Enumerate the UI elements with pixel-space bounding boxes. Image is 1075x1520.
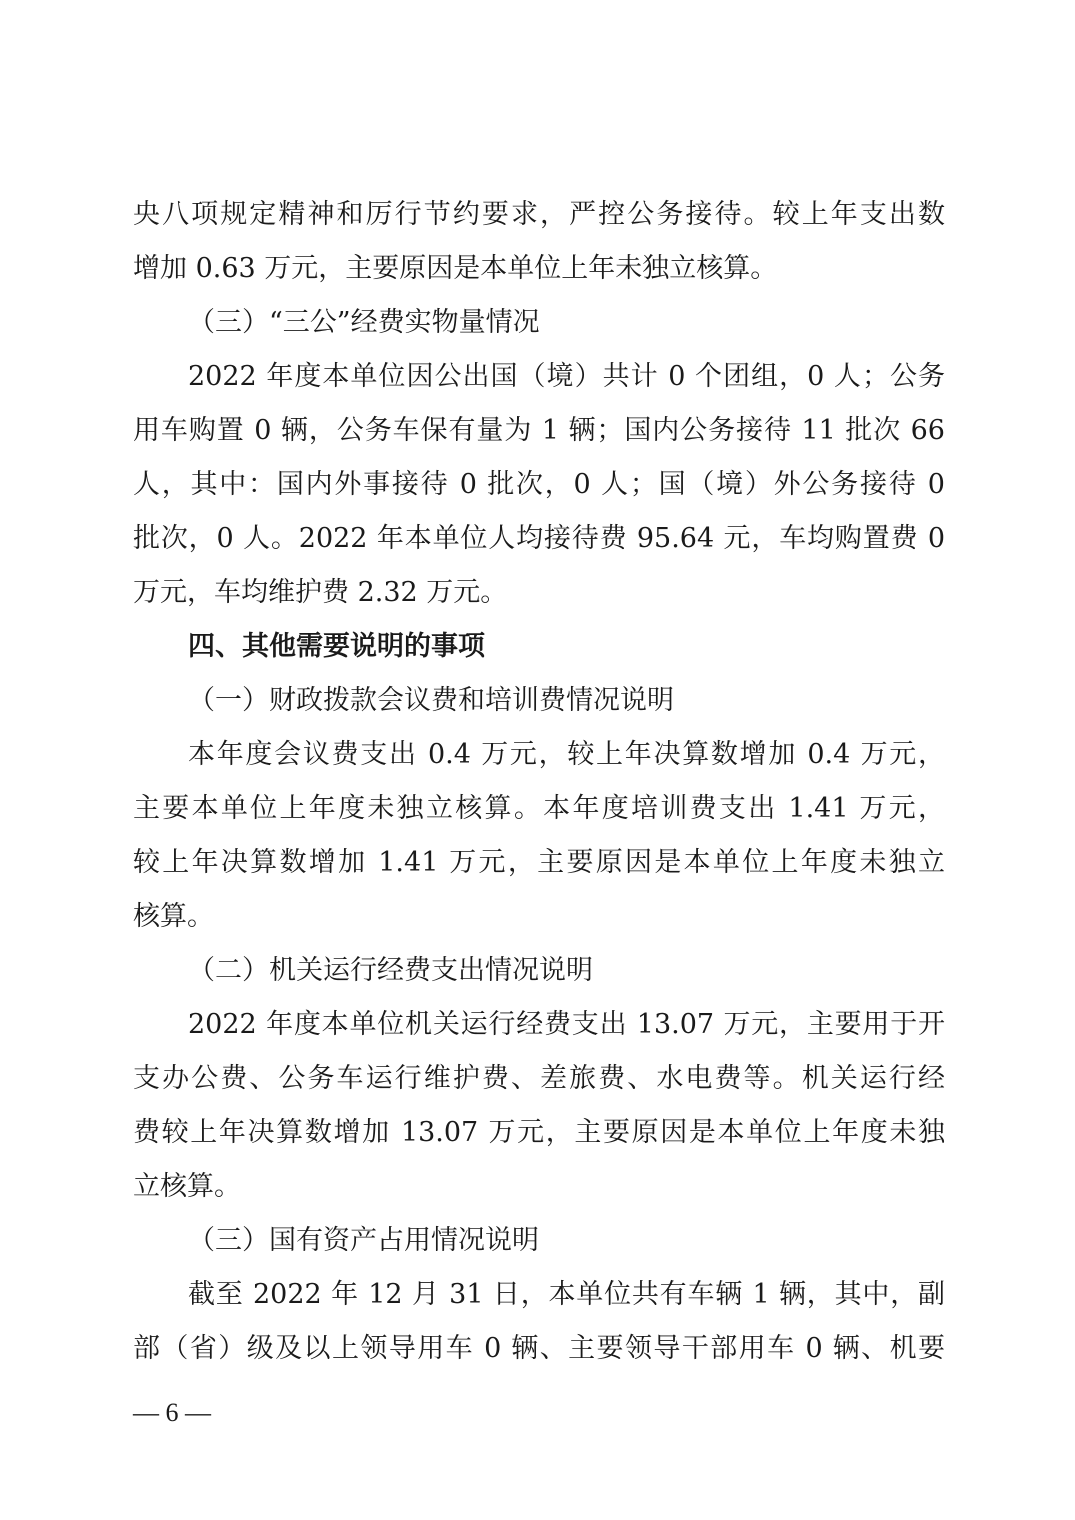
paragraph-first-line: 2022 年度本单位因公出国（境）共计 0 个团组，0 人；公务	[188, 357, 945, 397]
text-line: 人，其中：国内外事接待 0 批次，0 人；国（境）外公务接待 0	[133, 465, 945, 505]
text-line: 立核算。	[133, 1167, 945, 1207]
page-number: — 6 —	[133, 1393, 211, 1433]
document-page: 央八项规定精神和厉行节约要求，严控公务接待。较上年支出数 增加 0.63 万元，…	[0, 0, 1075, 1520]
text-line: 支办公费、公务车运行维护费、差旅费、水电费等。机关运行经	[133, 1059, 945, 1099]
text-line: 核算。	[133, 897, 945, 937]
text-line: 费较上年决算数增加 13.07 万元，主要原因是本单位上年度未独	[133, 1113, 945, 1153]
section-subheading: （一）财政拨款会议费和培训费情况说明	[188, 681, 1000, 721]
paragraph-first-line: 本年度会议费支出 0.4 万元，较上年决算数增加 0.4 万元，	[188, 735, 945, 775]
text-line: 增加 0.63 万元，主要原因是本单位上年未独立核算。	[133, 249, 945, 289]
section-heading: 四、其他需要说明的事项	[188, 627, 1000, 667]
text-line: 较上年决算数增加 1.41 万元，主要原因是本单位上年度未独立	[133, 843, 945, 883]
text-line: 央八项规定精神和厉行节约要求，严控公务接待。较上年支出数	[133, 195, 945, 235]
text-line: 主要本单位上年度未独立核算。本年度培训费支出 1.41 万元，	[133, 789, 945, 829]
section-subheading: （三）“三公”经费实物量情况	[188, 303, 1000, 343]
section-subheading: （二）机关运行经费支出情况说明	[188, 951, 1000, 991]
paragraph-first-line: 截至 2022 年 12 月 31 日，本单位共有车辆 1 辆，其中，副	[188, 1275, 945, 1315]
section-subheading: （三）国有资产占用情况说明	[188, 1221, 1000, 1261]
paragraph-first-line: 2022 年度本单位机关运行经费支出 13.07 万元，主要用于开	[188, 1005, 945, 1045]
text-line: 用车购置 0 辆，公务车保有量为 1 辆；国内公务接待 11 批次 66	[133, 411, 945, 451]
text-line: 部（省）级及以上领导用车 0 辆、主要领导干部用车 0 辆、机要	[133, 1329, 945, 1369]
text-line: 批次，0 人。2022 年本单位人均接待费 95.64 元，车均购置费 0	[133, 519, 945, 559]
text-line: 万元，车均维护费 2.32 万元。	[133, 573, 945, 613]
